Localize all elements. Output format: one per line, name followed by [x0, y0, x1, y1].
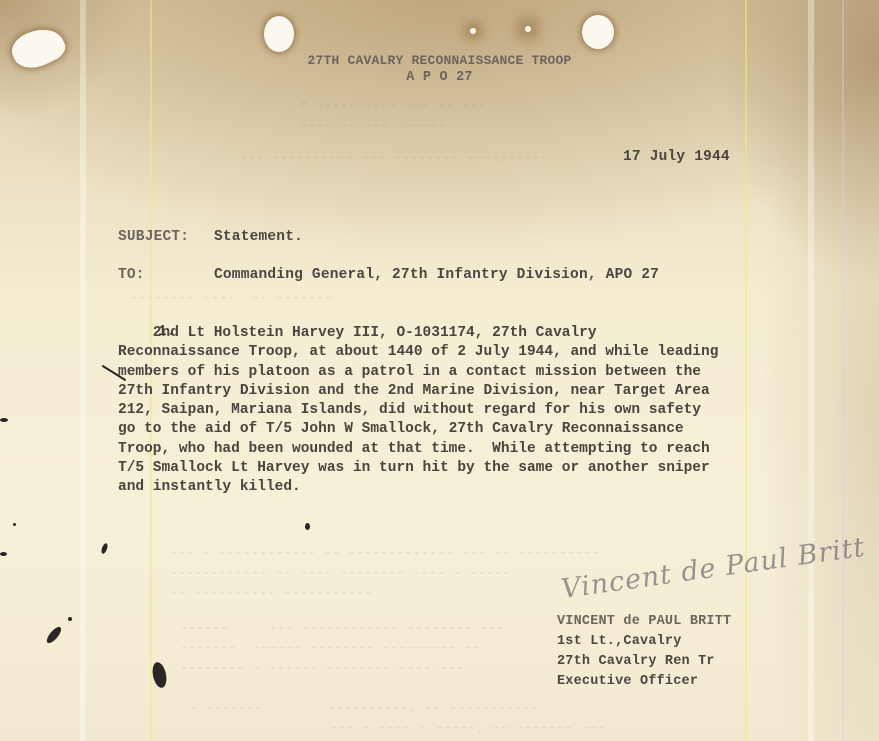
paragraph-line: members of his platoon as a patrol in a …	[118, 363, 788, 382]
paper-hole	[582, 15, 614, 49]
ink-spot	[0, 552, 7, 556]
signatory-unit: 27th Cavalry Ren Tr	[557, 654, 715, 669]
bleed-through-text: ---- -- --- ------	[300, 118, 446, 133]
bleed-through-text: - ------- ----------, -- -----------	[190, 700, 538, 715]
document-page: = ----- ---- --- -- --- ---- -- --- ----…	[0, 0, 879, 741]
paper-hole	[264, 16, 294, 52]
ink-spot	[150, 661, 168, 689]
paper-hole	[470, 28, 476, 34]
subject-label: SUBJECT:	[118, 229, 189, 245]
statement-paragraph: 2nd Lt Holstein Harvey III, O-1031174, 2…	[118, 324, 788, 498]
signatory-title: Executive Officer	[557, 674, 698, 689]
bleed-through-text: --- - ------------ -- ------------- --- …	[170, 545, 599, 560]
subject-value: Statement.	[214, 229, 303, 245]
ink-spot	[305, 523, 310, 530]
bleed-through-text: --- - ---- - -----, -- ------- ---	[330, 720, 605, 735]
scan-artifact-line	[808, 0, 814, 741]
paragraph-line: Reconnaissance Troop, at about 1440 of 2…	[118, 343, 788, 362]
paragraph-line: 212, Saipan, Mariana Islands, did withou…	[118, 401, 788, 420]
paper-hole	[525, 26, 531, 32]
to-label: TO:	[118, 267, 145, 283]
letterhead-apo: A P O 27	[0, 70, 879, 85]
bleed-through-text: -------- ---- -- -------	[130, 290, 333, 305]
letterhead-unit: 27TH CAVALRY RECONNAISSANCE TROOP	[0, 53, 879, 68]
signatory-rank: 1st Lt.,Cavalry	[557, 634, 682, 649]
signatory-name: VINCENT de PAUL BRITT	[557, 614, 731, 629]
ink-spot	[68, 617, 72, 621]
paragraph-line: Troop, who had been wounded at that time…	[118, 440, 788, 459]
scan-artifact-line	[80, 0, 86, 741]
bleed-through-text: -------- - ------ -------- ---- ---	[180, 660, 464, 675]
paragraph-line: 2nd Lt Holstein Harvey III, O-1031174, 2…	[118, 324, 788, 343]
bleed-through-text: -- ---------- -----------	[170, 585, 373, 600]
bleed-through-text: ------ --- ------------ -------- ---	[180, 620, 504, 635]
paragraph-line: T/5 Smallock Lt Harvey was in turn hit b…	[118, 459, 788, 478]
ink-spot	[100, 542, 108, 554]
ink-spot	[13, 523, 16, 526]
bleed-through-text: ------- ------ -------- --------- --	[180, 640, 480, 655]
paragraph-line: and instantly killed.	[118, 478, 788, 497]
document-date: 17 July 1944	[623, 149, 730, 165]
paragraph-line: go to the aid of T/5 John W Smallock, 27…	[118, 420, 788, 439]
bleed-through-text: --- ---------- --- -------- ----------	[240, 150, 548, 165]
scan-artifact-line	[842, 0, 844, 741]
paragraph-line: 27th Infantry Division and the 2nd Marin…	[118, 382, 788, 401]
to-value: Commanding General, 27th Infantry Divisi…	[214, 267, 659, 283]
ink-spot	[0, 418, 8, 422]
bleed-through-text: ------------ -- ---- -------- ---- - ---…	[170, 565, 510, 580]
handwritten-signature: Vincent de Paul Britt	[559, 532, 867, 605]
bleed-through-text: = ----- ---- --- -- ---	[300, 98, 486, 113]
ink-spot	[45, 625, 64, 645]
